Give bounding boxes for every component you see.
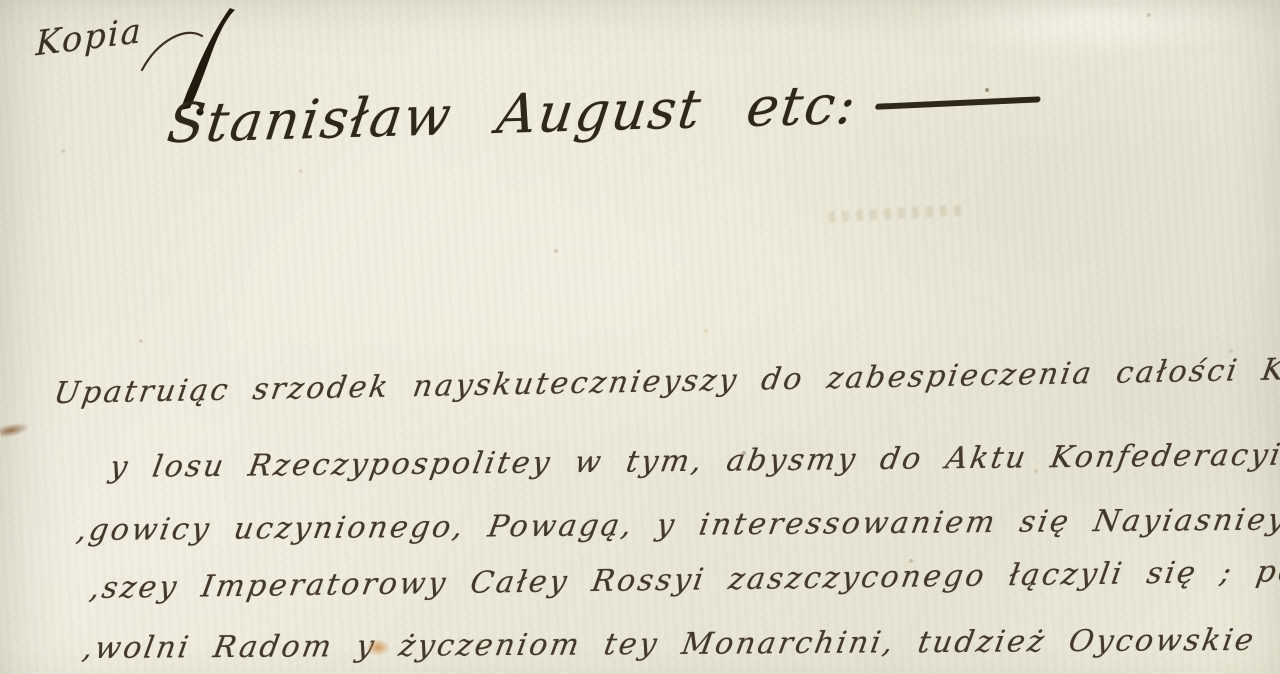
body-line: ,wolni Radom y życzeniom tey Monarchini,… (80, 623, 1258, 666)
body-line: ,gowicy uczynionego, Powagą, y interesso… (74, 502, 1280, 548)
manuscript-page: Kopia Stanisław August etc: Upatruiąc sr… (0, 0, 1280, 674)
document-title-text: Stanisław August etc: (164, 73, 861, 156)
ink-stain-left-edge (0, 420, 31, 439)
ink-bleed-through-mark (828, 204, 963, 222)
document-title: Stanisław August etc: (164, 68, 1044, 156)
copy-annotation: Kopia (35, 11, 143, 65)
body-line: ,szey Imperatorowy Całey Rossyi zaszczyc… (87, 554, 1280, 606)
body-line: Upatruiąc srzodek nayskutecznieyszy do z… (52, 351, 1280, 411)
title-trailing-dash (874, 96, 1040, 110)
paper-specks (0, 0, 2, 2)
body-line: y losu Rzeczypospolitey w tym, abysmy do… (107, 436, 1280, 485)
